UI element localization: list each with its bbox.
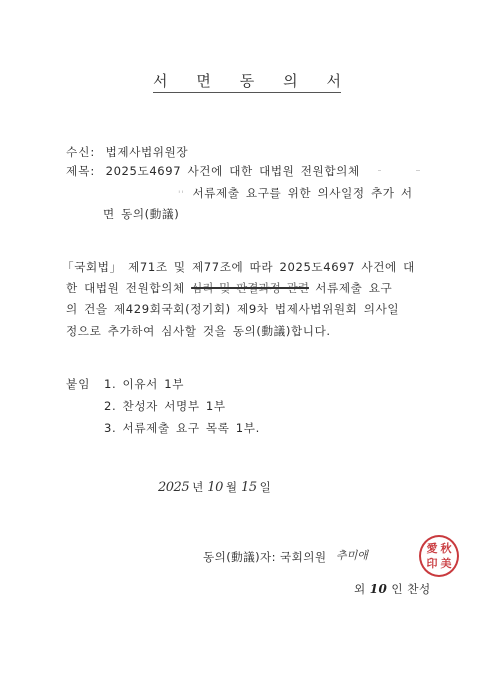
- recipient-value: 법제사법위원장: [106, 145, 189, 159]
- subject-text-2: 서류제출 요구를 위한 의사일정 추가 서: [192, 186, 412, 200]
- body-line-1: 「국회법」 제71조 및 제77조에 따라 2025도4697 사건에 대: [62, 260, 415, 275]
- body-text-3: 의 건을 제429회국회(정기회) 제9차 법제사법위원회 의사일: [66, 302, 399, 316]
- subject-label: 제목:: [66, 164, 95, 178]
- date-year: 2025: [158, 480, 189, 495]
- recipient-line: 수신: 법제사법위원장: [66, 145, 188, 160]
- redaction-mark: '': [178, 190, 184, 200]
- date-month: 10: [207, 480, 223, 495]
- mover-label: 동의(動議)자: 국회의원: [203, 550, 326, 565]
- seconded-line: 외10인 찬성: [354, 582, 431, 597]
- document-page: 서 면 동 의 서 수신: 법제사법위원장 제목: 2025도4697 사건에 …: [0, 0, 500, 699]
- title-char: 서: [153, 72, 168, 90]
- seal-char: 秋: [441, 543, 452, 555]
- subject-line-2: '' 서류제출 요구를 위한 의사일정 추가 서: [178, 186, 413, 203]
- subject-line-1: 제목: 2025도4697 사건에 대한 대법원 전원합의체: [66, 164, 422, 179]
- date-month-unit: 월: [226, 480, 237, 494]
- subject-line-3: 면 동의(動議): [103, 207, 179, 222]
- seal-char: 美: [441, 558, 452, 570]
- seal-char: 印: [427, 558, 438, 570]
- date-year-unit: 년: [192, 480, 203, 494]
- seal-stamp-icon: 愛 秋 印 美: [419, 535, 459, 577]
- body-line-4: 정으로 추가하여 심사할 것을 동의(動議)합니다.: [66, 324, 331, 339]
- title-char: 면: [196, 72, 211, 90]
- attachment-item: 2. 찬성자 서명부 1부: [104, 399, 226, 414]
- date-day: 15: [241, 480, 257, 495]
- title-char: 동: [240, 72, 255, 90]
- handwritten-signature: 추미애: [336, 547, 368, 563]
- attachments-label: 붙임: [66, 377, 90, 392]
- recipient-label: 수신:: [66, 145, 95, 159]
- struck-text: 심리 및 판결과정 관련: [191, 281, 309, 295]
- title-char: 의: [283, 72, 298, 90]
- body-text-4: 정으로 추가하여 심사할 것을 동의(動議)합니다.: [66, 324, 331, 338]
- subject-text-3: 면 동의(動議): [103, 207, 179, 221]
- seal-char: 愛: [427, 543, 438, 555]
- body-line-2: 한 대법원 전원합의체 심리 및 판결과정 관련 서류제출 요구: [66, 281, 392, 296]
- attachment-item: 1. 이유서 1부: [104, 377, 184, 392]
- attachment-item: 3. 서류제출 요구 목록 1부.: [104, 421, 260, 436]
- seconded-count: 10: [370, 582, 388, 596]
- title-char: 서: [327, 72, 342, 90]
- body-text-2b: 서류제출 요구: [315, 281, 392, 295]
- document-date: 2025년10월15일: [158, 479, 275, 496]
- redacted-area: [366, 167, 422, 177]
- seconded-prefix: 외: [354, 582, 366, 596]
- date-day-unit: 일: [260, 480, 271, 494]
- body-text-1: 「국회법」 제71조 및 제77조에 따라 2025도4697 사건에 대: [62, 260, 415, 274]
- body-line-3: 의 건을 제429회국회(정기회) 제9차 법제사법위원회 의사일: [66, 302, 399, 317]
- seconded-suffix: 인 찬성: [391, 582, 430, 596]
- document-title: 서 면 동 의 서: [153, 72, 341, 93]
- body-text-2a: 한 대법원 전원합의체: [66, 281, 185, 295]
- subject-text-1: 2025도4697 사건에 대한 대법원 전원합의체: [106, 164, 360, 178]
